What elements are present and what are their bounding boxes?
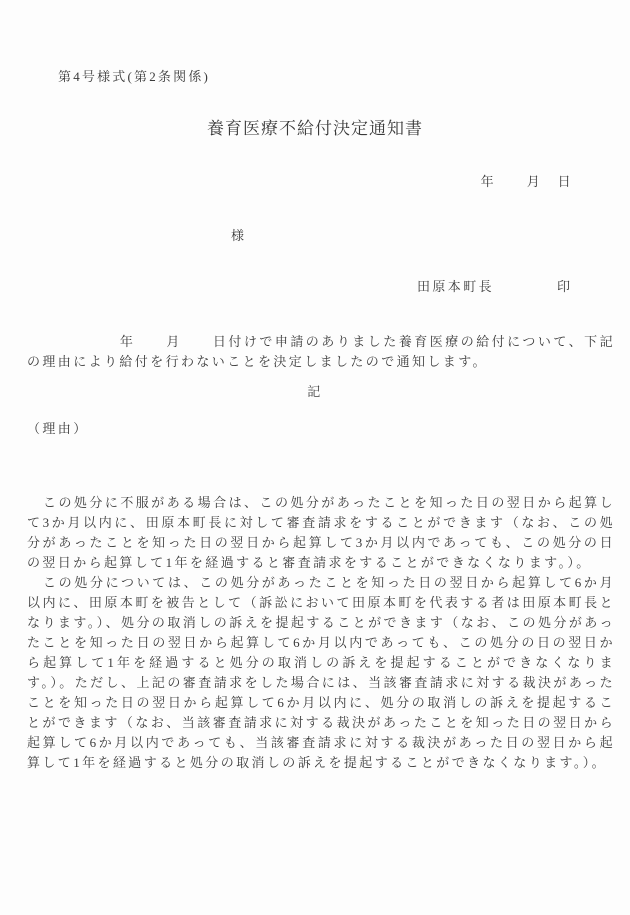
addressee-honorific: 様 (231, 226, 246, 246)
document-title: 養育医療不給付決定通知書 (0, 117, 630, 141)
document-page: 第4号様式(第2条関係) 養育医療不給付決定通知書 年 月 日 様 田原本町長 … (0, 0, 630, 915)
record-marker: 記 (0, 382, 630, 402)
reason-section-label: （理由） (27, 419, 89, 439)
reason-blank-area (27, 440, 615, 490)
issuer-title: 田原本町長 (417, 277, 494, 297)
issue-date-blank-line: 年 月 日 (481, 172, 573, 192)
appeal-paragraph-review-request: この処分に不服がある場合は、この処分があったことを知った日の翌日から起算して3か… (27, 493, 615, 573)
notification-body-paragraph: 年 月 日付けで申請のありました養育医療の給付について、下記の理由により給付を行… (27, 332, 615, 372)
appeal-paragraph-lawsuit: この処分については、この処分があったことを知った日の翌日から起算して6か月以内に… (27, 573, 615, 773)
appeal-instructions: この処分に不服がある場合は、この処分があったことを知った日の翌日から起算して3か… (27, 493, 615, 773)
form-number: 第4号様式(第2条関係) (58, 67, 210, 87)
seal-placeholder: 印 (557, 277, 572, 297)
